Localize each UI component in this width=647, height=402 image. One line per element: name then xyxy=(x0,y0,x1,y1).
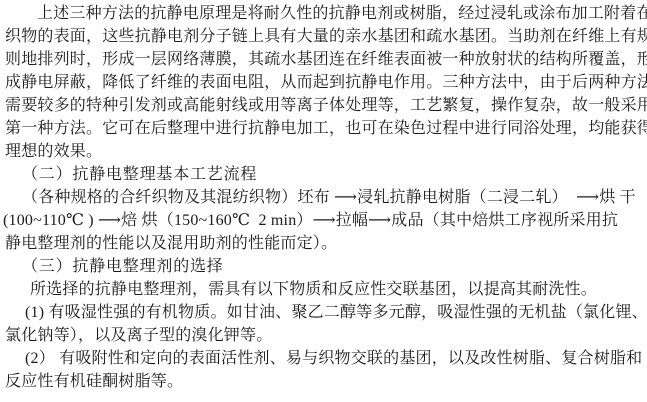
list-item-2-line: (2） 有吸附性和定向的表面活性剂、易与织物交联的基团，以及改性树脂、复合树脂和 xyxy=(25,349,642,369)
body-text-line: 所选择的抗静电整理剂，需具有以下物质和反应性交联基团，以提高其耐洗性。 xyxy=(30,280,597,300)
process-flow-line: 静电整理剂的性能以及混用助剂的性能而定）。 xyxy=(5,234,337,254)
body-text-line: 织物的表面，这些抗静电剂分子链上具有大量的亲水基团和疏水基团。当助剂在纤维上有规 xyxy=(5,27,647,47)
document-page: 上述三种方法的抗静电原理是将耐久性的抗静电剂或树脂，经过浸轧或涂布加工附着在 织… xyxy=(0,0,647,402)
body-text-line: 第一种方法。它可在后整理中进行抗静电加工，也可在染色过程中进行同浴处理，均能获得 xyxy=(5,119,647,139)
list-item-1-line: (1) 有吸湿性强的有机物质。如甘油、聚乙二醇等多元醇，吸湿性强的无机盐（氯化锂… xyxy=(25,303,647,323)
body-text-line: 成静电屏蔽，降低了纤维的表面电阻，从而起到抗静电作用。三种方法中，由于后两种方法 xyxy=(5,73,647,93)
body-text-line: 上述三种方法的抗静电原理是将耐久性的抗静电剂或树脂，经过浸轧或涂布加工附着在 xyxy=(37,4,647,24)
section-heading-agent-selection: （三）抗静电整理剂的选择 xyxy=(22,257,224,277)
body-text-line: 则地排列时，形成一层网络薄膜，其疏水基团连在纤维表面被一种放射状的结构所覆盖，形 xyxy=(5,50,647,70)
process-flow-line: （各种规格的合纤织物及其混纺织物）坯布 ⟶浸轧抗静电树脂（二浸二轧） ⟶烘 干 xyxy=(22,188,636,208)
list-item-2-line: 反应性有机硅酮树脂等。 xyxy=(5,372,183,392)
section-heading-process: （二）抗静电整理基本工艺流程 xyxy=(22,165,257,185)
process-flow-line: (100~110℃ ) ⟶焙 烘（150~160℃ 2 min）⟶拉幅⟶成品（其… xyxy=(3,211,618,231)
list-item-1-line: 氯化钠等），以及离子型的溴化钾等。 xyxy=(5,326,272,346)
body-text-line: 需要较多的特种引发剂或高能射线或用等离子体处理等，工艺繁复，操作复杂，故一般采用 xyxy=(5,96,647,116)
body-text-line: 理想的效果。 xyxy=(5,142,102,162)
